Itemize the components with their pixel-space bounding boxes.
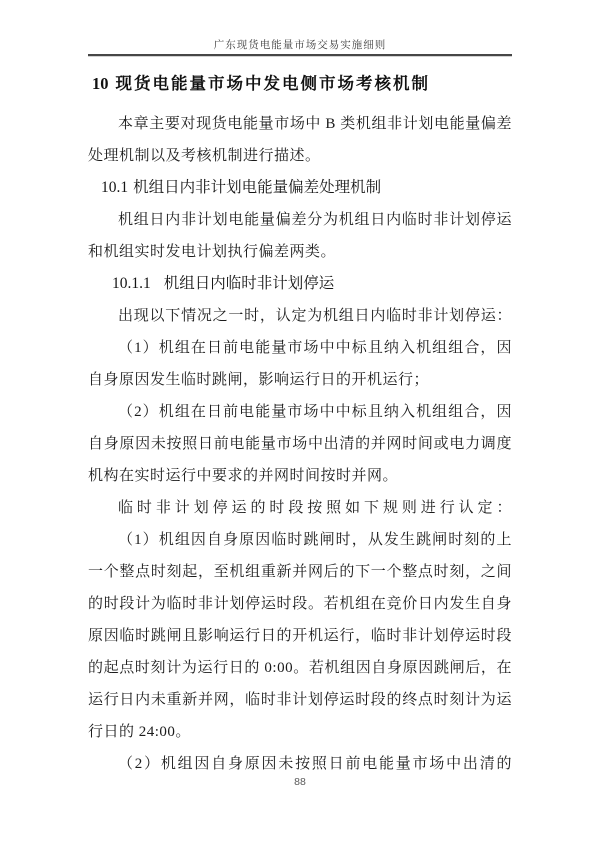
- document-page: 广东现货电能量市场交易实施细则 10现货电能量市场中发电侧市场考核机制 本章主要…: [0, 0, 600, 848]
- page-footer: 88: [0, 776, 600, 788]
- paragraph-condition-1: （1）机组在日前电能量市场中中标且纳入机组组合，因自身原因发生临时跳闸，影响运行…: [88, 332, 512, 396]
- page-number: 88: [294, 776, 306, 788]
- paragraph-conditions-intro: 出现以下情况之一时，认定为机组日内临时非计划停运：: [88, 300, 512, 332]
- section-10-1-1-title: 机组日内临时非计划停运: [164, 275, 335, 292]
- header-rule: [88, 54, 512, 57]
- section-10-1-number: 10.1: [101, 179, 128, 196]
- document-content: 10现货电能量市场中发电侧市场考核机制 本章主要对现货电能量市场中 B 类机组非…: [88, 64, 512, 780]
- paragraph-rules-intro: 临时非计划停运的时段按照如下规则进行认定：: [88, 492, 512, 524]
- section-10-1-title: 机组日内非计划电能量偏差处理机制: [133, 179, 381, 196]
- section-heading-10-1-1: 10.1.1机组日内临时非计划停运: [88, 268, 512, 300]
- intro-paragraph: 本章主要对现货电能量市场中 B 类机组非计划电能量偏差处理机制以及考核机制进行描…: [88, 108, 512, 172]
- paragraph-condition-2: （2）机组在日前电能量市场中中标且纳入机组组合，因自身原因未按照日前电能量市场中…: [88, 396, 512, 492]
- chapter-number: 10: [92, 74, 109, 93]
- section-heading-10-1: 10.1机组日内非计划电能量偏差处理机制: [88, 172, 512, 204]
- paragraph-rule-1: （1）机组因自身原因临时跳闸时，从发生跳闸时刻的上一个整点时刻起，至机组重新并网…: [88, 524, 512, 748]
- header-title: 广东现货电能量市场交易实施细则: [214, 40, 387, 51]
- chapter-heading: 10现货电能量市场中发电侧市场考核机制: [92, 64, 512, 104]
- page-header: 广东现货电能量市场交易实施细则: [88, 39, 512, 53]
- section-10-1-paragraph: 机组日内非计划电能量偏差分为机组日内临时非计划停运和机组实时发电计划执行偏差两类…: [88, 204, 512, 268]
- section-10-1-1-number: 10.1.1: [112, 275, 151, 292]
- chapter-title: 现货电能量市场中发电侧市场考核机制: [116, 74, 431, 93]
